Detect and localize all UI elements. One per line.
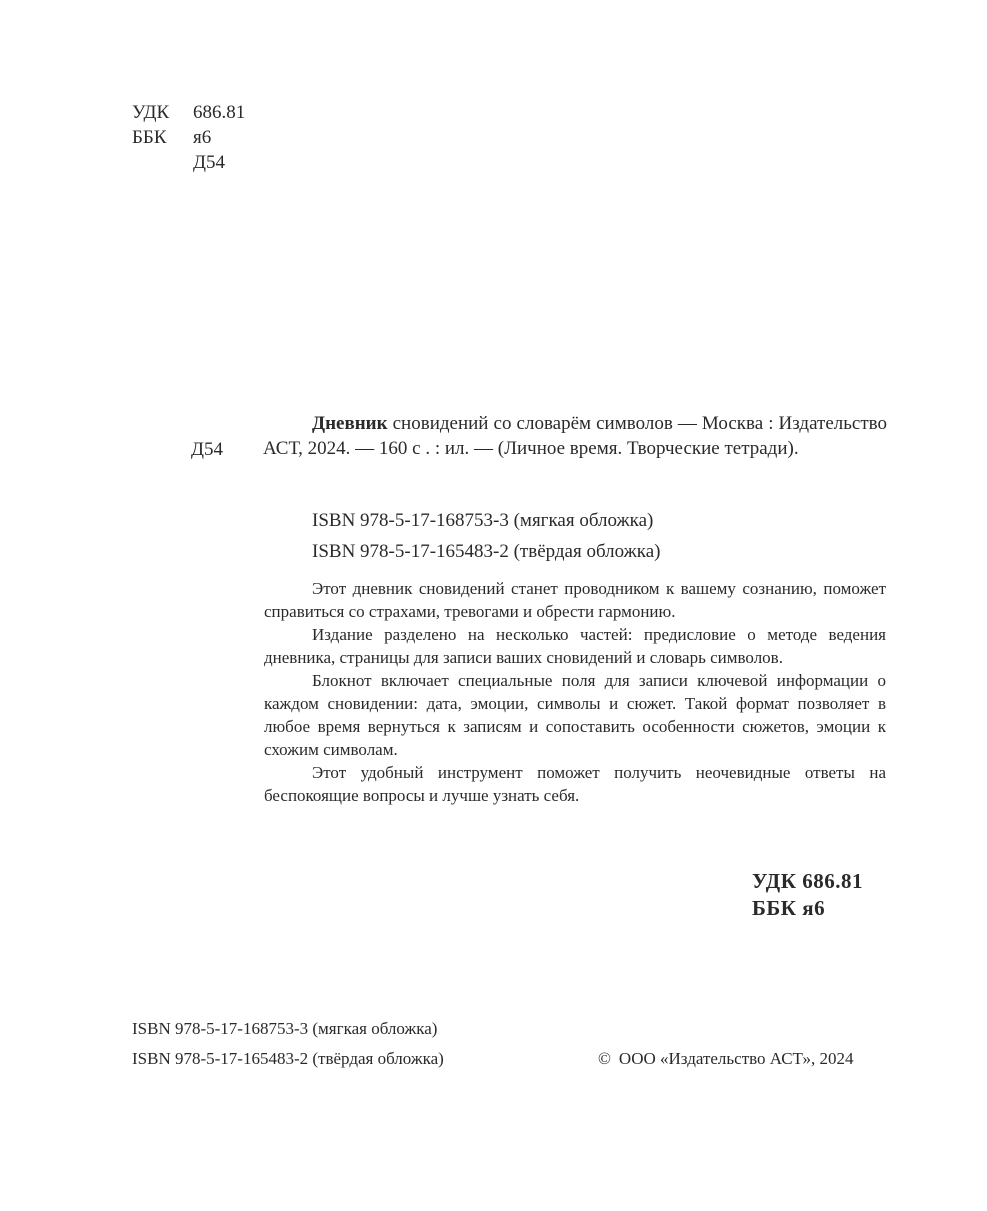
udk-label: УДК: [132, 100, 193, 125]
annotation: Этот дневник сновидений станет проводник…: [264, 577, 886, 807]
bbk-row: ББК я6: [132, 125, 245, 150]
bbk-value: я6: [193, 125, 211, 150]
author-mark: Д54: [193, 150, 225, 175]
author-mark-row: Д54: [132, 150, 245, 175]
copyright-text: ООО «Издательство АСТ», 2024: [619, 1049, 854, 1068]
annotation-paragraph: Блокнот включает специальные поля для за…: [264, 669, 886, 761]
bibliographic-author-mark: Д54: [191, 437, 223, 462]
bibliographic-record: Дневник сновидений со словарём символов …: [263, 411, 887, 461]
annotation-paragraph: Издание разделено на несколько частей: п…: [264, 623, 886, 669]
annotation-paragraph: Этот удобный инструмент поможет получить…: [264, 761, 886, 807]
udk-bold: УДК 686.81: [752, 868, 863, 895]
bbk-bold: ББК я6: [752, 895, 863, 922]
isbn-block: ISBN 978-5-17-168753-3 (мягкая обложка) …: [312, 505, 661, 567]
footer-isbn-softcover: ISBN 978-5-17-168753-3 (мягкая обложка): [132, 1014, 444, 1044]
footer-isbn: ISBN 978-5-17-168753-3 (мягкая обложка) …: [132, 1014, 444, 1074]
copyright-icon: ©: [598, 1049, 611, 1068]
classification-top: УДК 686.81 ББК я6 Д54: [132, 100, 245, 175]
udk-row: УДК 686.81: [132, 100, 245, 125]
copyright: ©ООО «Издательство АСТ», 2024: [598, 1044, 854, 1074]
isbn-softcover: ISBN 978-5-17-168753-3 (мягкая обложка): [312, 505, 661, 536]
isbn-hardcover: ISBN 978-5-17-165483-2 (твёрдая обложка): [312, 536, 661, 567]
book-title: Дневник: [312, 413, 388, 434]
classification-bold: УДК 686.81 ББК я6: [752, 868, 863, 922]
annotation-paragraph: Этот дневник сновидений станет проводник…: [264, 577, 886, 623]
footer-isbn-hardcover: ISBN 978-5-17-165483-2 (твёрдая обложка): [132, 1044, 444, 1074]
udk-value: 686.81: [193, 100, 245, 125]
bbk-label: ББК: [132, 125, 193, 150]
